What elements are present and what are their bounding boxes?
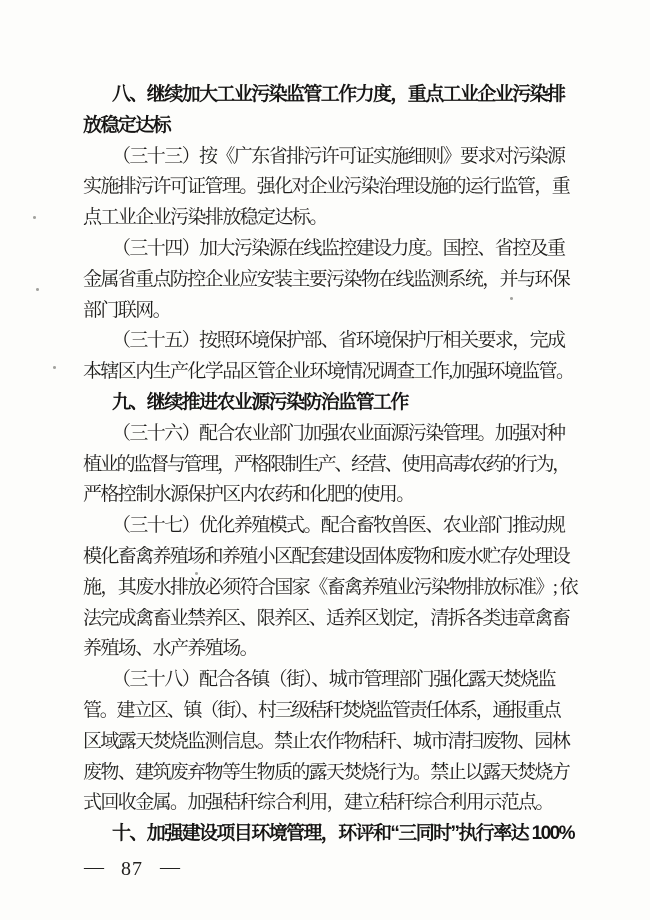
document-page: 八、继续加大工业污染监管工作力度，重点工业企业污染排放稳定达标（三十三）按《广东… <box>0 0 650 920</box>
body-text-line: 本辖区内生产化学品区管企业环境情况调查工作,加强环境监管。 <box>83 357 569 388</box>
body-text-line: 金属省重点防控企业应安装主要污染物在线监测系统，并与环保 <box>83 265 569 296</box>
body-text-line: 养殖场、水产养殖场。 <box>83 634 569 665</box>
scan-speck <box>195 572 198 575</box>
document-body: 八、继续加大工业污染监管工作力度，重点工业企业污染排放稳定达标（三十三）按《广东… <box>83 80 569 850</box>
scan-speck <box>510 297 513 300</box>
section-heading-line: 放稳定达标 <box>83 111 569 142</box>
body-text-line: 实施排污许可证管理。强化对企业污染治理设施的运行监管，重 <box>83 172 569 203</box>
scan-speck <box>36 288 39 291</box>
body-text-line: 点工业企业污染排放稳定达标。 <box>83 203 569 234</box>
body-text-line: 管。建立区、镇（街）、村三级秸秆焚烧监管责任体系，通报重点 <box>83 696 569 727</box>
section-heading-line: 十、加强建设项目环境管理，环评和“三同时”执行率达 100% <box>83 819 569 850</box>
footer-left-dash: — <box>84 856 104 879</box>
body-text-line: 式回收金属。加强秸秆综合利用，建立秸秆综合利用示范点。 <box>83 788 569 819</box>
body-text-line: （三十六）配合农业部门加强农业面源污染管理。加强对种 <box>83 419 569 450</box>
page-number: 87 <box>121 858 143 881</box>
body-text-line: （三十七）优化养殖模式。配合畜牧兽医、农业部门推动规 <box>83 511 569 542</box>
body-text-line: 模化畜禽养殖场和养殖小区配套建设固体废物和废水贮存处理设 <box>83 542 569 573</box>
body-text-line: （三十八）配合各镇（街）、城市管理部门强化露天焚烧监 <box>83 665 569 696</box>
body-text-line: 严格控制水源保护区内农药和化肥的使用。 <box>83 480 569 511</box>
body-text-line: 废物、建筑废弃物等生物质的露天焚烧行为。禁止以露天焚烧方 <box>83 758 569 789</box>
page-footer: — 87 — <box>84 858 180 881</box>
footer-right-dash: — <box>160 856 180 879</box>
section-heading-line: 九、继续推进农业源污染防治监管工作 <box>83 388 569 419</box>
body-text-line: （三十三）按《广东省排污许可证实施细则》要求对污染源 <box>83 142 569 173</box>
body-text-line: （三十五）按照环境保护部、省环境保护厅相关要求，完成 <box>83 326 569 357</box>
body-text-line: 区域露天焚烧监测信息。禁止农作物秸秆、城市清扫废物、园林 <box>83 727 569 758</box>
scan-speck <box>33 216 36 219</box>
section-heading-line: 八、继续加大工业污染监管工作力度，重点工业企业污染排 <box>83 80 569 111</box>
body-text-line: 部门联网。 <box>83 296 569 327</box>
body-text-line: （三十四）加大污染源在线监控建设力度。国控、省控及重 <box>83 234 569 265</box>
scan-speck <box>53 366 56 369</box>
body-text-line: 植业的监督与管理，严格限制生产、经营、使用高毒农药的行为， <box>83 450 569 481</box>
body-text-line: 法完成禽畜业禁养区、限养区、适养区划定，清拆各类违章禽畜 <box>83 604 569 635</box>
body-text-line: 施，其废水排放必须符合国家《畜禽养殖业污染物排放标准》; 依 <box>83 573 569 604</box>
